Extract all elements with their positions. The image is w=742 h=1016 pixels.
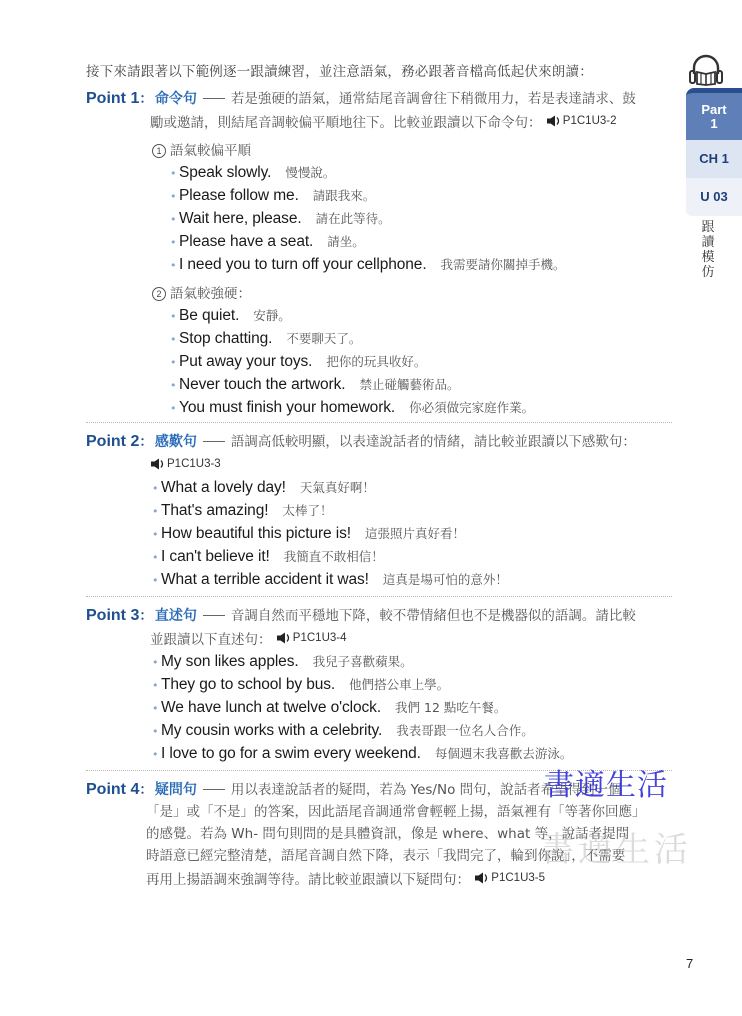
point-description: 再用上揚語調來強調等待。請比較並跟讀以下疑問句：	[146, 872, 470, 888]
circled-number: 2	[152, 287, 166, 301]
tab-part-label: Part	[701, 103, 726, 117]
vertical-section-label: 跟 讀 模 仿	[700, 220, 716, 280]
phrase-zh: 我簡直不敢相信！	[284, 546, 384, 568]
tab-unit-label: U 03	[700, 190, 727, 204]
audio-track-id: P1C1U3-3	[167, 453, 221, 475]
list-item: •Be quiet.安靜。	[170, 305, 672, 328]
audio-track-button[interactable]: P1C1U3-4	[276, 627, 347, 649]
intro-text: 接下來請跟著以下範例逐一跟讀練習，並注意語氣，務必跟著音檔高低起伏來朗讀：	[86, 60, 593, 80]
audio-track-button[interactable]: P1C1U3-5	[474, 867, 545, 889]
tab-part-number: 1	[710, 117, 717, 131]
phrase-en: Never touch the artwork.	[179, 374, 345, 396]
phrase-zh: 我需要請你關掉手機。	[441, 254, 566, 276]
phrase-zh: 這真是場可怕的意外！	[383, 569, 508, 591]
watermark: 書適生活	[544, 760, 668, 804]
point-description-cont: 勵或邀請，則結尾音調較偏平順地往下。比較並跟讀以下命令句： P1C1U3-2	[86, 110, 672, 134]
point-1-section: Point 1 ： 命令句 若是強硬的語氣，通常結尾音調會往下稍微用力，若是表達…	[86, 88, 672, 420]
speaker-icon	[276, 632, 292, 644]
phrase-zh: 我們 12 點吃午餐。	[395, 697, 506, 719]
phrase-zh: 天氣真好啊！	[300, 477, 375, 499]
list-item: •Stop chatting.不要聊天了。	[170, 328, 672, 351]
phrase-en: What a terrible accident it was!	[161, 569, 369, 591]
list-item: •They go to school by bus.他們搭公車上學。	[152, 674, 672, 697]
group-heading: 語氣較偏平順	[170, 140, 251, 162]
list-item: •What a lovely day!天氣真好啊！	[152, 477, 672, 500]
list-item: •I can't believe it!我簡直不敢相信！	[152, 546, 672, 569]
watermark-faint: 書適生活	[540, 822, 692, 871]
tab-part[interactable]: Part 1	[686, 88, 742, 140]
list-item: •Speak slowly.慢慢說。	[170, 162, 672, 185]
point-label: Point 1	[86, 88, 139, 110]
phrase-en: Be quiet.	[179, 305, 239, 327]
audio-track-id: P1C1U3-2	[563, 110, 617, 132]
list-item: •How beautiful this picture is!這張照片真好看！	[152, 523, 672, 546]
audio-track-id: P1C1U3-4	[293, 627, 347, 649]
page-number: 7	[686, 956, 693, 971]
group-2: 2 語氣較強硬： •Be quiet.安靜。 •Stop chatting.不要…	[86, 283, 672, 420]
point-description: 音調自然而平穩地下降，較不帶情緒但也不是機器似的語調。請比較	[231, 605, 636, 627]
speaker-icon	[474, 872, 490, 884]
tab-chapter[interactable]: CH 1	[686, 140, 742, 178]
phrase-zh: 你必須做完家庭作業。	[409, 397, 534, 419]
phrase-zh: 不要聊天了。	[286, 328, 361, 350]
phrase-zh: 他們搭公車上學。	[349, 674, 449, 696]
point-description-cont: P1C1U3-3	[86, 453, 672, 477]
chapter-tabstrip: Part 1 CH 1 U 03	[686, 88, 742, 216]
list-item: •I need you to turn off your cellphone.我…	[170, 254, 672, 277]
point-2-section: Point 2 ： 感歎句 語調高低較明顯，以表達說話者的情緒，請比較並跟讀以下…	[86, 431, 672, 592]
phrase-zh: 太棒了！	[282, 500, 332, 522]
point-type: 感歎句	[155, 431, 197, 453]
point-colon: ：	[139, 88, 153, 110]
list-item: •My son likes apples.我兒子喜歡蘋果。	[152, 651, 672, 674]
section-divider	[86, 422, 672, 423]
point-colon: ：	[139, 431, 153, 453]
phrase-en: Speak slowly.	[179, 162, 271, 184]
em-dash	[203, 615, 225, 616]
point-colon: ：	[139, 779, 153, 801]
list-item: •My cousin works with a celebrity.我表哥跟一位…	[152, 720, 672, 743]
list-item: •You must finish your homework.你必須做完家庭作業…	[170, 397, 672, 420]
group-heading: 語氣較強硬：	[170, 283, 251, 305]
phrase-en: We have lunch at twelve o'clock.	[161, 697, 381, 719]
list-item: •Wait here, please.請在此等待。	[170, 208, 672, 231]
phrase-en: They go to school by bus.	[161, 674, 335, 696]
section-divider	[86, 596, 672, 597]
phrase-en: How beautiful this picture is!	[161, 523, 351, 545]
phrase-en: Please have a seat.	[179, 231, 313, 253]
list-item: •Put away your toys.把你的玩具收好。	[170, 351, 672, 374]
tab-chapter-label: CH 1	[699, 152, 729, 166]
point-type: 命令句	[155, 88, 197, 110]
point-description: 「是」或「不是」的答案，因此語尾音調通常會輕輕上揚，語氣裡有「等著你回應」	[146, 801, 672, 823]
phrase-zh: 慢慢說。	[285, 162, 335, 184]
em-dash	[203, 441, 225, 442]
vertical-char: 讀	[700, 235, 716, 250]
phrase-en: I can't believe it!	[161, 546, 270, 568]
speaker-icon	[546, 115, 562, 127]
phrase-zh: 禁止碰觸藝術品。	[359, 374, 459, 396]
point-description: 並跟讀以下直述句：	[150, 632, 272, 648]
phrase-zh: 我表哥跟一位名人合作。	[396, 720, 534, 742]
phrase-en: My son likes apples.	[161, 651, 299, 673]
point-label: Point 2	[86, 431, 139, 453]
phrase-zh: 請坐。	[327, 231, 365, 253]
list-item: •Please follow me.請跟我來。	[170, 185, 672, 208]
vertical-char: 仿	[700, 265, 716, 280]
phrase-en: What a lovely day!	[161, 477, 286, 499]
audio-track-button[interactable]: P1C1U3-2	[546, 110, 617, 132]
phrase-list: •What a lovely day!天氣真好啊！ •That's amazin…	[86, 477, 672, 592]
phrase-en: Please follow me.	[179, 185, 299, 207]
phrase-en: I love to go for a swim every weekend.	[161, 743, 421, 765]
phrase-en: My cousin works with a celebrity.	[161, 720, 382, 742]
headphones-book-icon	[688, 54, 724, 86]
speaker-icon	[150, 458, 166, 470]
audio-track-button[interactable]: P1C1U3-3	[150, 453, 221, 475]
vertical-char: 跟	[700, 220, 716, 235]
phrase-zh: 把你的玩具收好。	[326, 351, 426, 373]
list-item: •That's amazing!太棒了！	[152, 500, 672, 523]
em-dash	[203, 98, 225, 99]
point-type: 疑問句	[155, 779, 197, 801]
list-item: •Please have a seat.請坐。	[170, 231, 672, 254]
phrase-en: You must finish your homework.	[179, 397, 395, 419]
phrase-en: Wait here, please.	[179, 208, 302, 230]
phrase-en: Put away your toys.	[179, 351, 312, 373]
phrase-list: •Be quiet.安靜。 •Stop chatting.不要聊天了。 •Put…	[152, 305, 672, 420]
point-description: 語調高低較明顯，以表達說話者的情緒，請比較並跟讀以下感歎句：	[231, 431, 636, 453]
point-3-section: Point 3 ： 直述句 音調自然而平穩地下降，較不帶情緒但也不是機器似的語調…	[86, 605, 672, 766]
phrase-en: That's amazing!	[161, 500, 268, 522]
point-description-cont: 並跟讀以下直述句： P1C1U3-4	[86, 627, 672, 651]
audio-track-id: P1C1U3-5	[491, 867, 545, 889]
phrase-zh: 請跟我來。	[313, 185, 376, 207]
group-1: 1 語氣較偏平順 •Speak slowly.慢慢說。 •Please foll…	[86, 140, 672, 277]
list-item: •We have lunch at twelve o'clock.我們 12 點…	[152, 697, 672, 720]
point-label: Point 4	[86, 779, 139, 801]
tab-unit[interactable]: U 03	[686, 178, 742, 216]
point-label: Point 3	[86, 605, 139, 627]
phrase-en: I need you to turn off your cellphone.	[179, 254, 427, 276]
em-dash	[203, 789, 225, 790]
phrase-list: •Speak slowly.慢慢說。 •Please follow me.請跟我…	[152, 162, 672, 277]
phrase-zh: 我兒子喜歡蘋果。	[313, 651, 413, 673]
phrase-zh: 安靜。	[253, 305, 291, 327]
point-type: 直述句	[155, 605, 197, 627]
list-item: •What a terrible accident it was!這真是場可怕的…	[152, 569, 672, 592]
circled-number: 1	[152, 144, 166, 158]
phrase-en: Stop chatting.	[179, 328, 272, 350]
point-colon: ：	[139, 605, 153, 627]
vertical-char: 模	[700, 250, 716, 265]
phrase-list: •My son likes apples.我兒子喜歡蘋果。 •They go t…	[86, 651, 672, 766]
point-description: 若是強硬的語氣，通常結尾音調會往下稍微用力，若是表達請求、鼓	[231, 88, 636, 110]
phrase-zh: 這張照片真好看！	[365, 523, 465, 545]
phrase-zh: 請在此等待。	[316, 208, 391, 230]
point-description: 勵或邀請，則結尾音調較偏平順地往下。比較並跟讀以下命令句：	[150, 115, 542, 131]
list-item: •Never touch the artwork.禁止碰觸藝術品。	[170, 374, 672, 397]
